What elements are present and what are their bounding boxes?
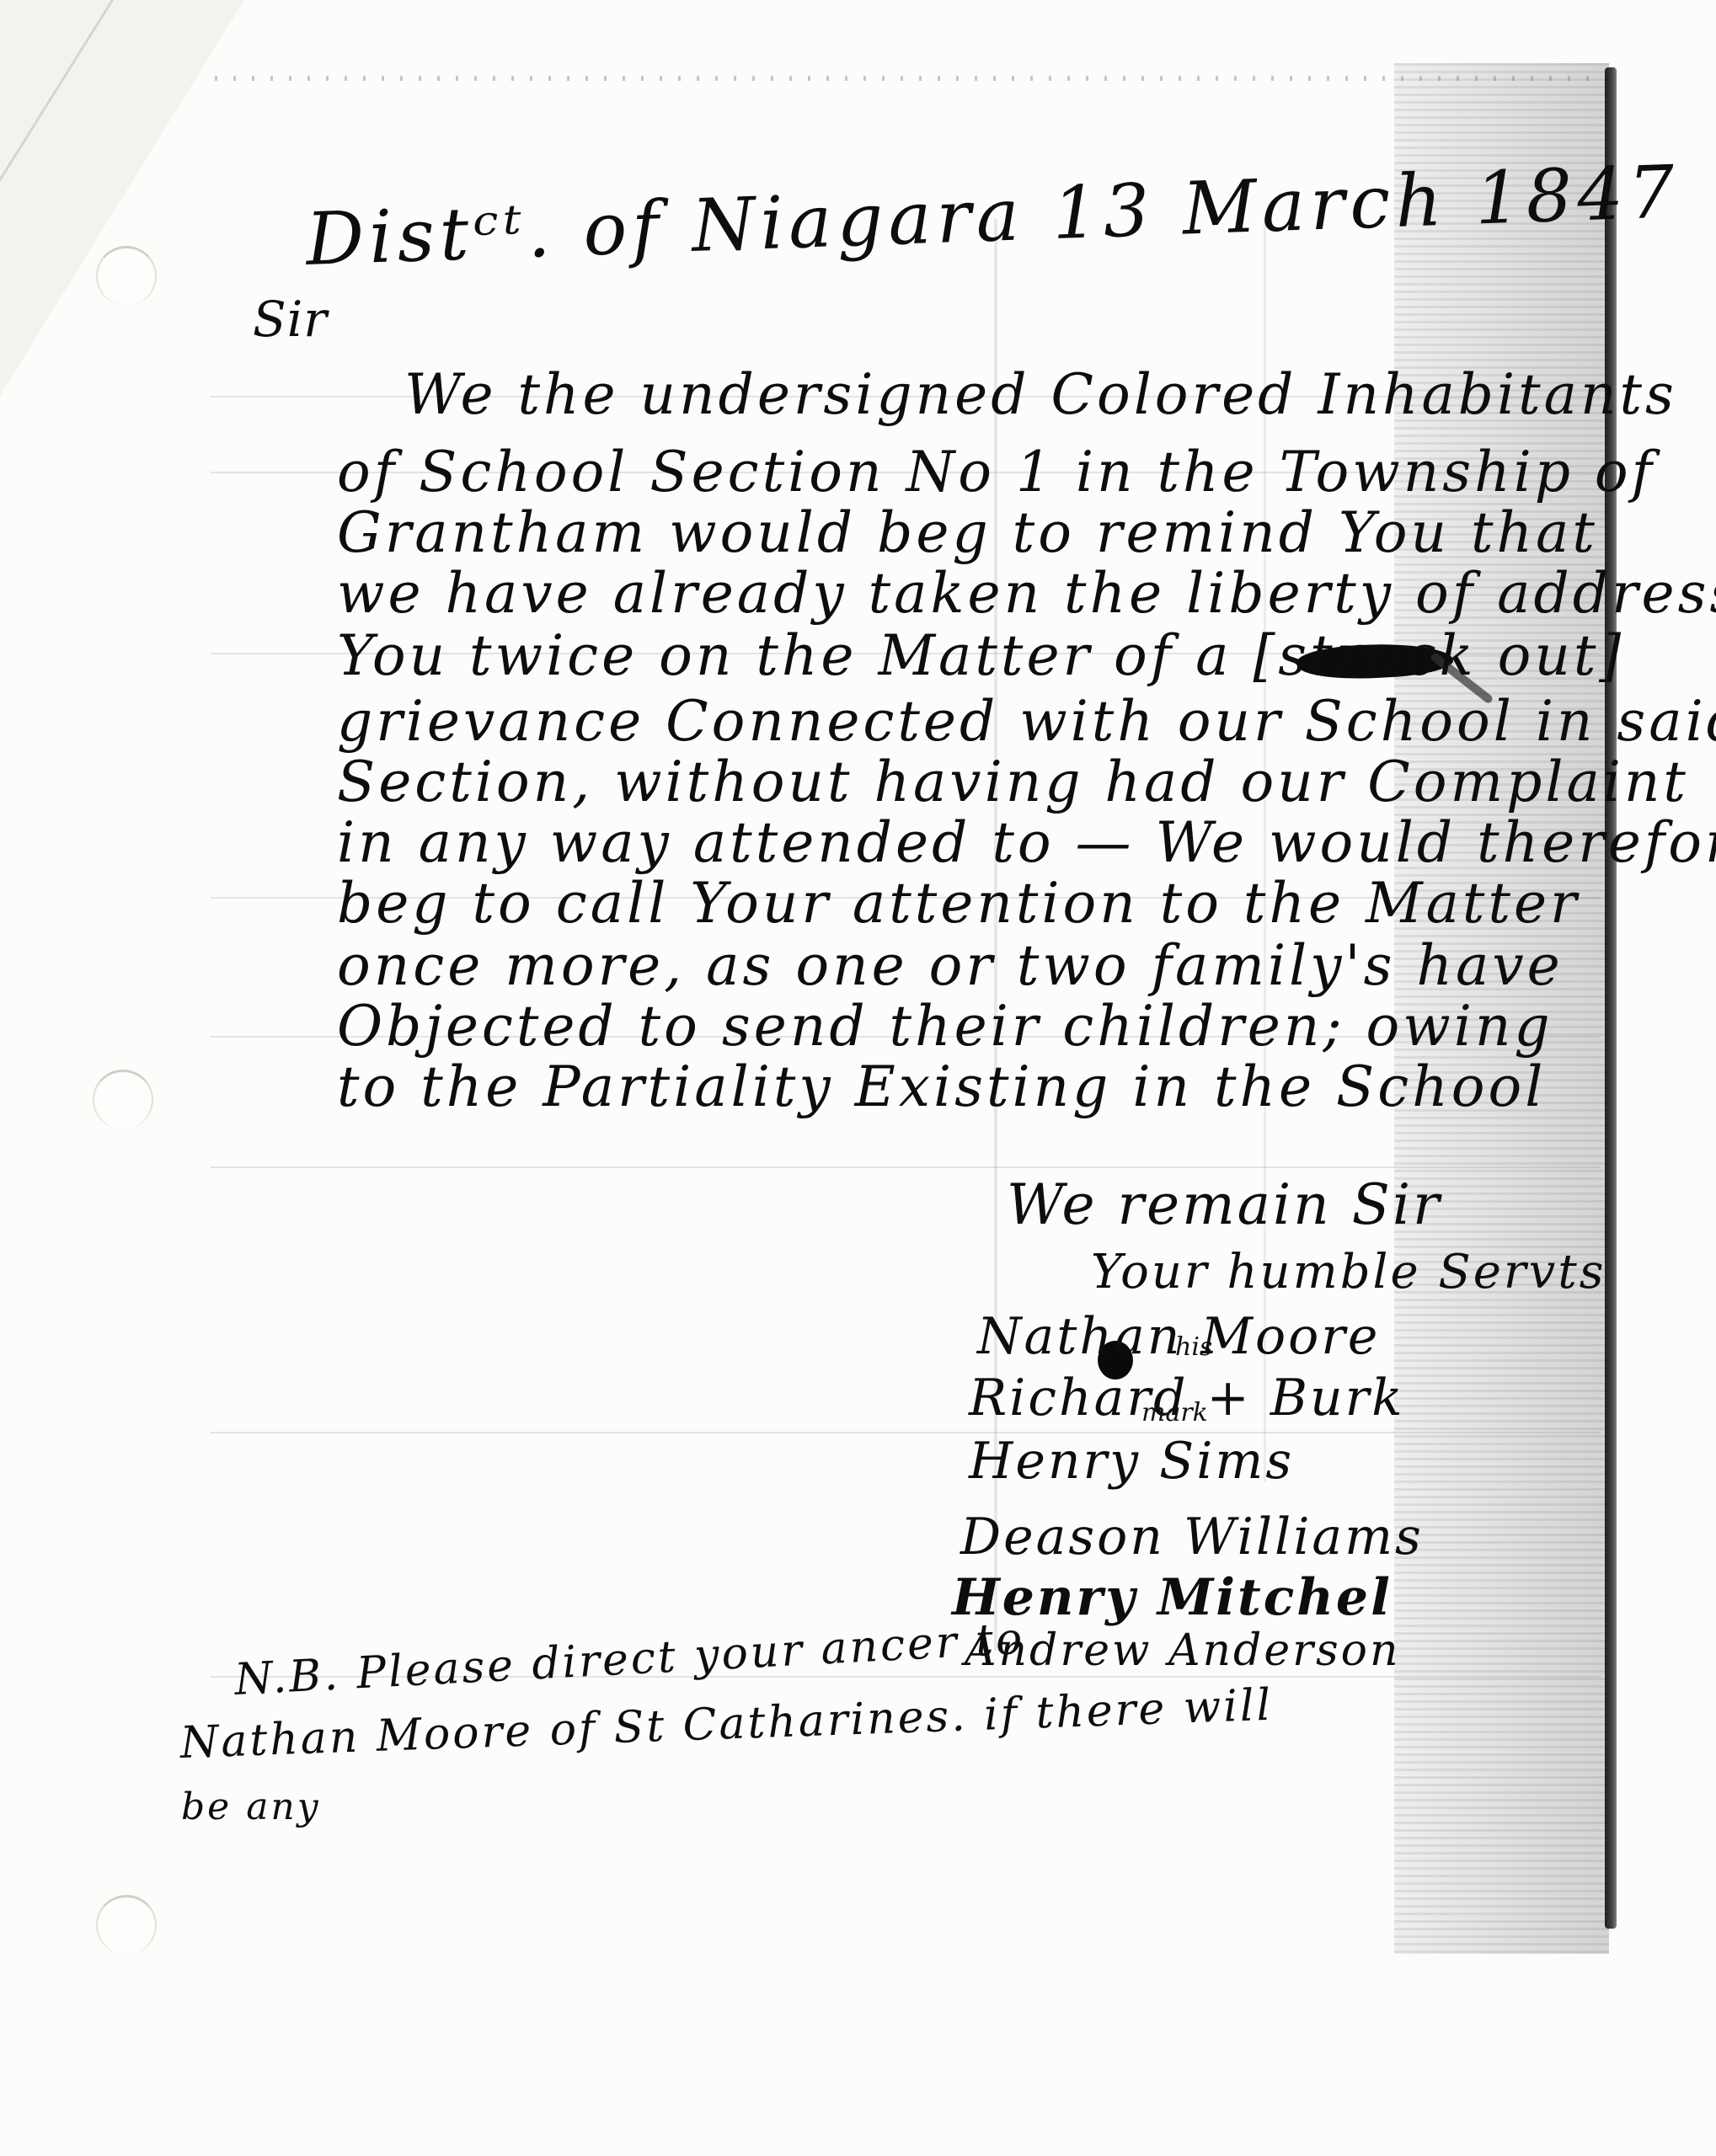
body-line: You twice on the Matter of a [struck out… (337, 623, 1624, 688)
closing-line: We remain Sir (1007, 1172, 1442, 1237)
salutation: Sir (253, 291, 328, 348)
letter-page: Sir Distᶜᵗ. of Niagara 13 March 1847 We … (0, 0, 1716, 2156)
body-line: grievance Connected with our School in s… (337, 689, 1716, 754)
signature: Andrew Anderson (965, 1625, 1400, 1676)
body-line: We the undersigned Colored Inhabitants (404, 362, 1677, 427)
body-line: Objected to send their children; owing (337, 994, 1553, 1059)
signature: Deason Williams (960, 1508, 1424, 1566)
postscript-line: be any (181, 1785, 321, 1828)
body-line: beg to call Your attention to the Matter (337, 871, 1580, 936)
body-line: to the Partiality Existing in the School (337, 1054, 1546, 1119)
postscript-line: N.B. Please direct your ancer to (233, 1614, 1026, 1705)
body-line: Grantham would beg to remind You that (337, 500, 1598, 565)
hole-punch-top (96, 246, 157, 306)
body-line: in any way attended to — We would theref… (337, 810, 1716, 875)
ruled-line (211, 1432, 1601, 1433)
torn-corner (0, 0, 244, 396)
signature-his-label: his (1175, 1332, 1212, 1362)
body-line: of School Section No 1 in the Township o… (337, 440, 1655, 504)
body-line: we have already taken the liberty of add… (337, 561, 1716, 626)
closing-line: Your humble Servts (1091, 1245, 1606, 1299)
body-line: Section, without having had our Complain… (337, 750, 1689, 814)
hole-punch-middle (93, 1070, 153, 1129)
signature: Henry Sims (969, 1432, 1294, 1491)
hole-punch-bottom (96, 1895, 157, 1955)
ruled-line (211, 1166, 1601, 1168)
copy-edge-border (1605, 67, 1617, 1929)
body-line: once more, as one or two family's have (337, 933, 1564, 998)
signature-mark-label: mark (1141, 1398, 1208, 1428)
